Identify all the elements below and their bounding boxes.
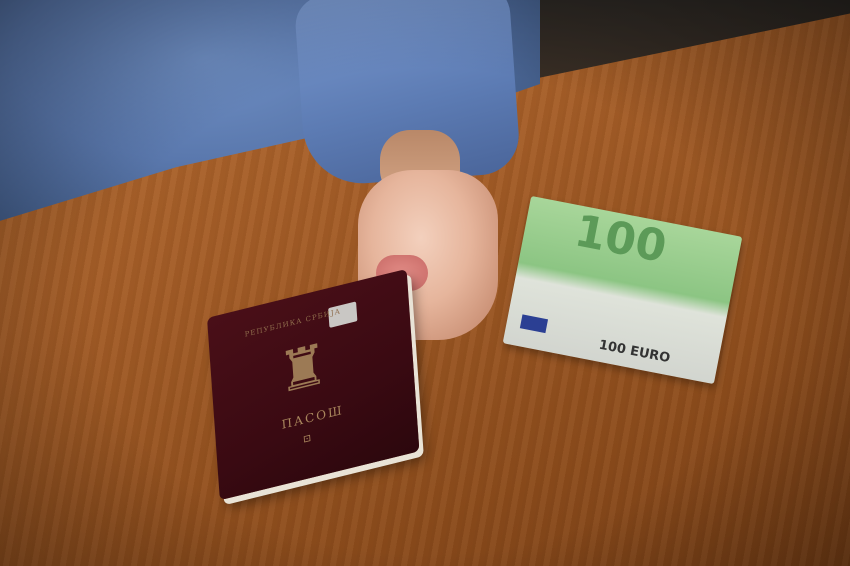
eu-flag-icon — [520, 314, 548, 333]
biometric-chip-icon: ⊡ — [303, 433, 312, 446]
coat-of-arms-icon: ♜ — [270, 327, 337, 411]
photo-scene: РЕПУБЛИКА СРБИЈА ♜ ПАСОШ ⊡ 100 100 EURO — [0, 0, 850, 566]
banknote-currency-text: 100 EURO — [598, 338, 672, 366]
